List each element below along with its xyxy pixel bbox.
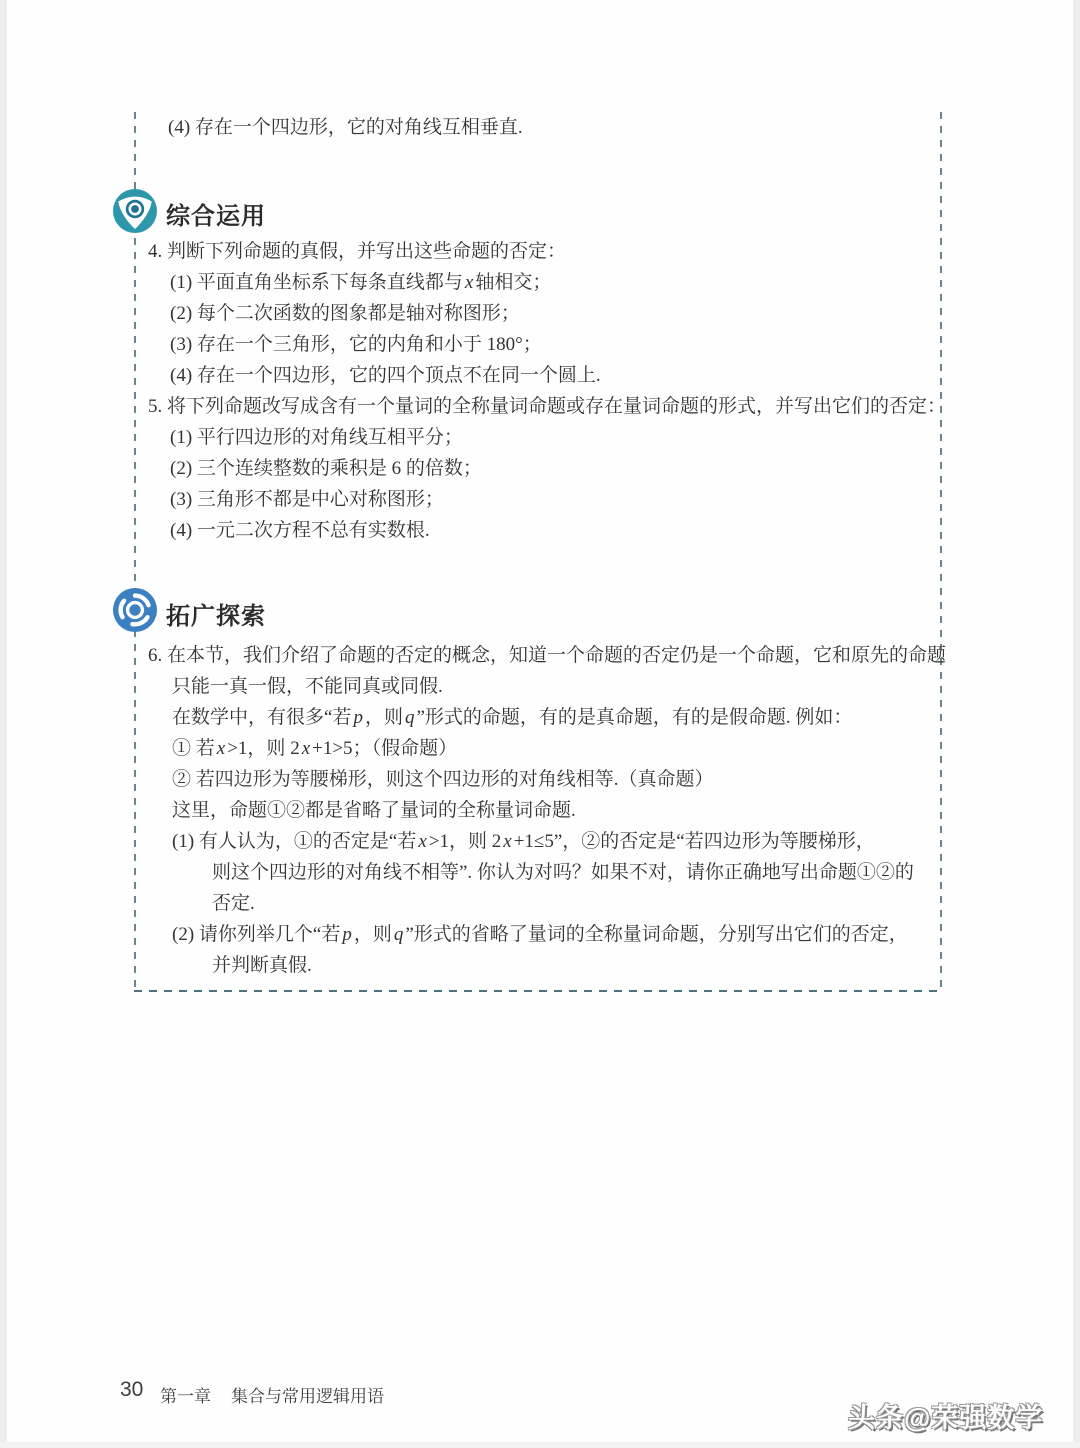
chapter-footer: 第一章集合与常用逻辑用语 xyxy=(160,1382,384,1407)
problem-6-item-1-line-1: (1) 有人认为，①的否定是“若x>1，则 2x+1≤5”，②的否定是“若四边形… xyxy=(172,830,875,854)
problem-6-example-1: ① 若x>1，则 2x+1>5；（假命题） xyxy=(172,737,457,761)
book-title: 集合与常用逻辑用语 xyxy=(231,1387,384,1406)
carryover-item-line: (4) 存在一个四边形，它的对角线互相垂直. xyxy=(168,116,523,140)
watermark-text: 头条@荣强数学 xyxy=(848,1396,1043,1435)
section-title-exploration: 拓广探索 xyxy=(166,596,266,631)
problem-6-stem-line-2: 只能一真一假，不能同真或同假. xyxy=(172,675,443,699)
problem-5-item-3: (3) 三角形不都是中心对称图形； xyxy=(170,488,444,512)
problem-6-item-2-line-1: (2) 请你列举几个“若p，则q”形式的省略了量词的全称量词命题，分别写出它们的… xyxy=(172,923,908,947)
problem-6-item-1-line-2: 则这个四边形的对角线不相等”. 你认为对吗？如果不对，请你正确地写出命题①②的 xyxy=(212,861,914,885)
problem-6-item-2-line-2: 并判断真假. xyxy=(212,954,312,978)
section-title-comprehensive: 综合运用 xyxy=(166,196,266,231)
problem-6-note-line: 这里，命题①②都是省略了量词的全称量词命题. xyxy=(172,799,576,823)
problem-4-item-1: (1) 平面直角坐标系下每条直线都与x轴相交； xyxy=(170,271,551,295)
comprehensive-application-section-icon xyxy=(112,188,158,234)
problem-5-stem: 5. 将下列命题改写成含有一个量词的全称量词命题或存在量词命题的形式，并写出它们… xyxy=(148,395,946,419)
problem-5-item-4: (4) 一元二次方程不总有实数根. xyxy=(170,519,430,543)
problem-6-item-1-line-3: 否定. xyxy=(212,892,255,916)
problem-6-stem-line-1: 6. 在本节，我们介绍了命题的否定的概念，知道一个命题的否定仍是一个命题，它和原… xyxy=(148,644,946,668)
dashed-border-right xyxy=(940,112,942,992)
problem-5-item-2: (2) 三个连续整数的乘积是 6 的倍数； xyxy=(170,457,482,481)
chapter-label: 第一章 xyxy=(160,1387,211,1406)
problem-4-item-3: (3) 存在一个三角形，它的内角和小于 180°； xyxy=(170,333,542,357)
page-edge-bottom xyxy=(0,1442,1080,1448)
problem-4-stem: 4. 判断下列命题的真假，并写出这些命题的否定： xyxy=(148,240,566,264)
problem-4-item-4: (4) 存在一个四边形，它的四个顶点不在同一个圆上. xyxy=(170,364,601,388)
page-edge-left xyxy=(0,0,7,1448)
dashed-border-left xyxy=(134,112,136,992)
expanding-exploration-section-icon xyxy=(112,587,158,633)
page-edge-right xyxy=(1073,0,1080,1448)
problem-5-item-1: (1) 平行四边形的对角线互相平分； xyxy=(170,426,463,450)
page-number: 30 xyxy=(120,1378,143,1402)
problem-6-example-2: ② 若四边形为等腰梯形，则这个四边形的对角线相等.（真命题） xyxy=(172,768,714,792)
dashed-border-bottom xyxy=(134,990,942,992)
textbook-page: (4) 存在一个四边形，它的对角线互相垂直. 综合运用 4. 判断下列命题的真假… xyxy=(0,0,1080,1448)
problem-4-item-2: (2) 每个二次函数的图象都是轴对称图形； xyxy=(170,302,520,326)
problem-6-para-line: 在数学中，有很多“若p，则q”形式的命题，有的是真命题，有的是假命题. 例如： xyxy=(172,706,852,730)
